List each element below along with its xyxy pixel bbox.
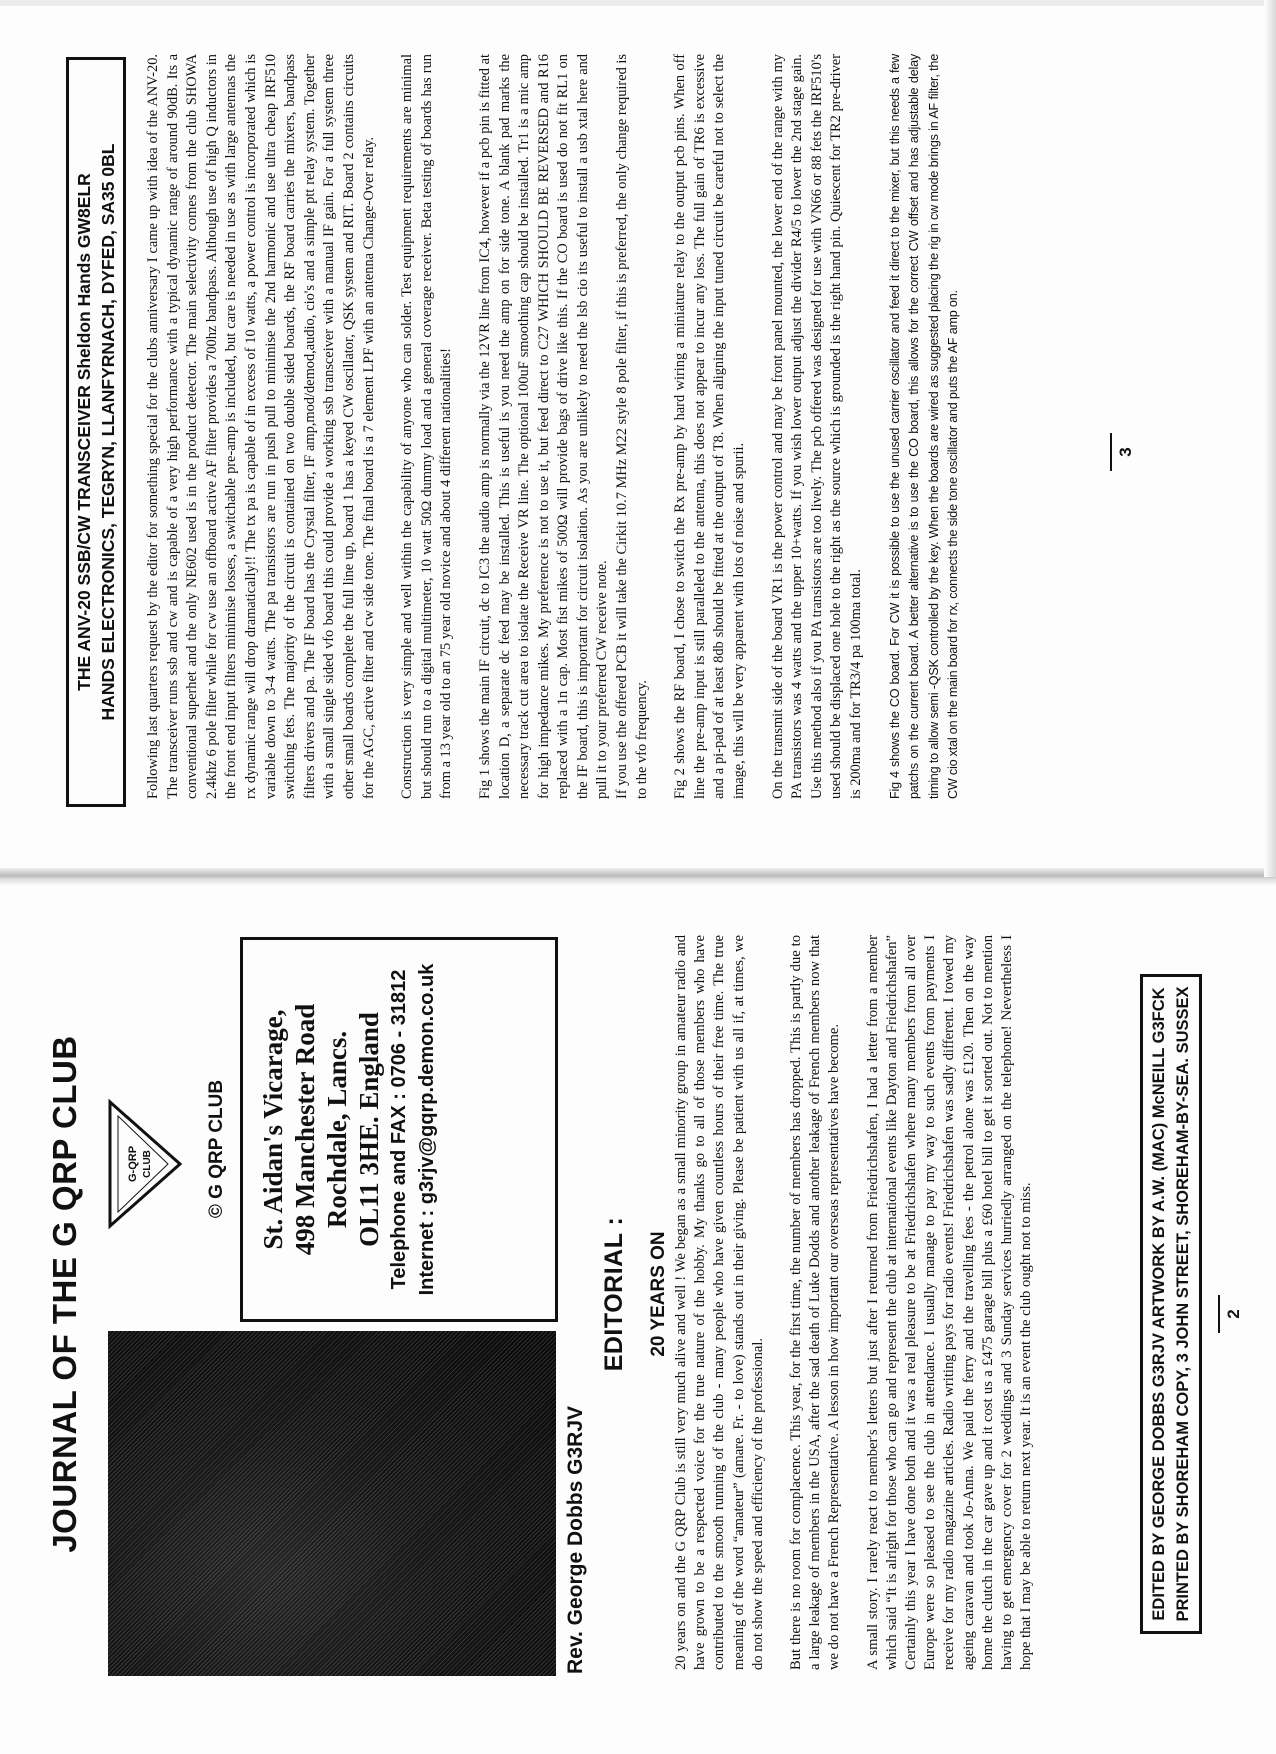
editorial-body: 20 years on and the G QRP Club is still … — [672, 935, 1055, 1670]
editorial-paragraph: But there is no room for complacence. Th… — [787, 935, 845, 1670]
svg-text:CLUB: CLUB — [142, 1150, 153, 1178]
editorial-paragraph: 20 years on and the G QRP Club is still … — [672, 935, 768, 1670]
article-paragraph: Fig 4 shows the CO board. For CW it is p… — [886, 54, 964, 799]
article-paragraph: On the transmit side of the board VR1 is… — [769, 54, 867, 799]
article-paragraph: Construction is very simple and well wit… — [398, 54, 457, 799]
internet-email: Internet : g3rjv@gqrp.demon.co.uk — [413, 940, 441, 1319]
club-address-box: St. Aidan's Vicarage, 498 Manchester Roa… — [240, 937, 558, 1322]
address-line-2: 498 Manchester Road — [289, 940, 321, 1319]
photo-caption: Rev. George Dobbs G3RJV — [564, 1406, 588, 1674]
editorial-paragraph: A small story. I rarely react to member'… — [864, 935, 1037, 1670]
telephone-fax: Telephone and FAX : 0706 - 31812 — [385, 940, 413, 1319]
svg-text:G-QRP: G-QRP — [127, 1146, 139, 1182]
page-number: 2 — [1218, 1294, 1244, 1334]
credits-box: EDITED BY GEORGE DOBBS G3RJV ARTWORK BY … — [1140, 974, 1202, 1634]
page-2: JOURNAL OF THE G QRP CLUB Rev. George Do… — [0, 877, 1276, 1754]
article-paragraph: Following last quarters request by the e… — [144, 54, 379, 799]
page-3: THE ANV-20 SSB/CW TRANSCEIVER Sheldon Ha… — [0, 0, 1276, 877]
address-line-4: OL11 3HE. England — [353, 940, 385, 1319]
article-paragraph: If you use the offered PCB it will take … — [613, 54, 652, 799]
article-body: Following last quarters request by the e… — [144, 54, 983, 799]
article-author-address: HANDS ELECTRONICS, TEGRYN, LLANFYRNACH, … — [96, 60, 120, 804]
address-line-1: St. Aidan's Vicarage, — [257, 940, 289, 1319]
newsletter-spread: JOURNAL OF THE G QRP CLUB Rev. George Do… — [0, 0, 1276, 1754]
credits-line-2: PRINTED BY SHOREHAM COPY, 3 JOHN STREET,… — [1171, 977, 1195, 1631]
copyright-notice: © G QRP CLUB — [206, 984, 228, 1314]
gqrp-club-logo-icon: G-QRP CLUB — [100, 1094, 186, 1234]
article-paragraph: Fig 2 shows the RF board, I chose to swi… — [671, 54, 749, 799]
credits-line-1: EDITED BY GEORGE DOBBS G3RJV ARTWORK BY … — [1147, 977, 1171, 1631]
editorial-heading: EDITORIAL : — [600, 914, 629, 1674]
page-number: 3 — [1110, 432, 1136, 472]
address-line-3: Rochdale, Lancs. — [321, 940, 353, 1319]
article-paragraph: Fig 1 shows the main IF circuit, dc to I… — [476, 54, 613, 799]
journal-title: JOURNAL OF THE G QRP CLUB — [46, 914, 84, 1674]
article-header-box: THE ANV-20 SSB/CW TRANSCEIVER Sheldon Ha… — [66, 57, 126, 807]
article-title: THE ANV-20 SSB/CW TRANSCEIVER Sheldon Ha… — [72, 60, 96, 804]
editor-photo — [108, 1331, 556, 1676]
editorial-subheading: 20 YEARS ON — [648, 914, 670, 1674]
